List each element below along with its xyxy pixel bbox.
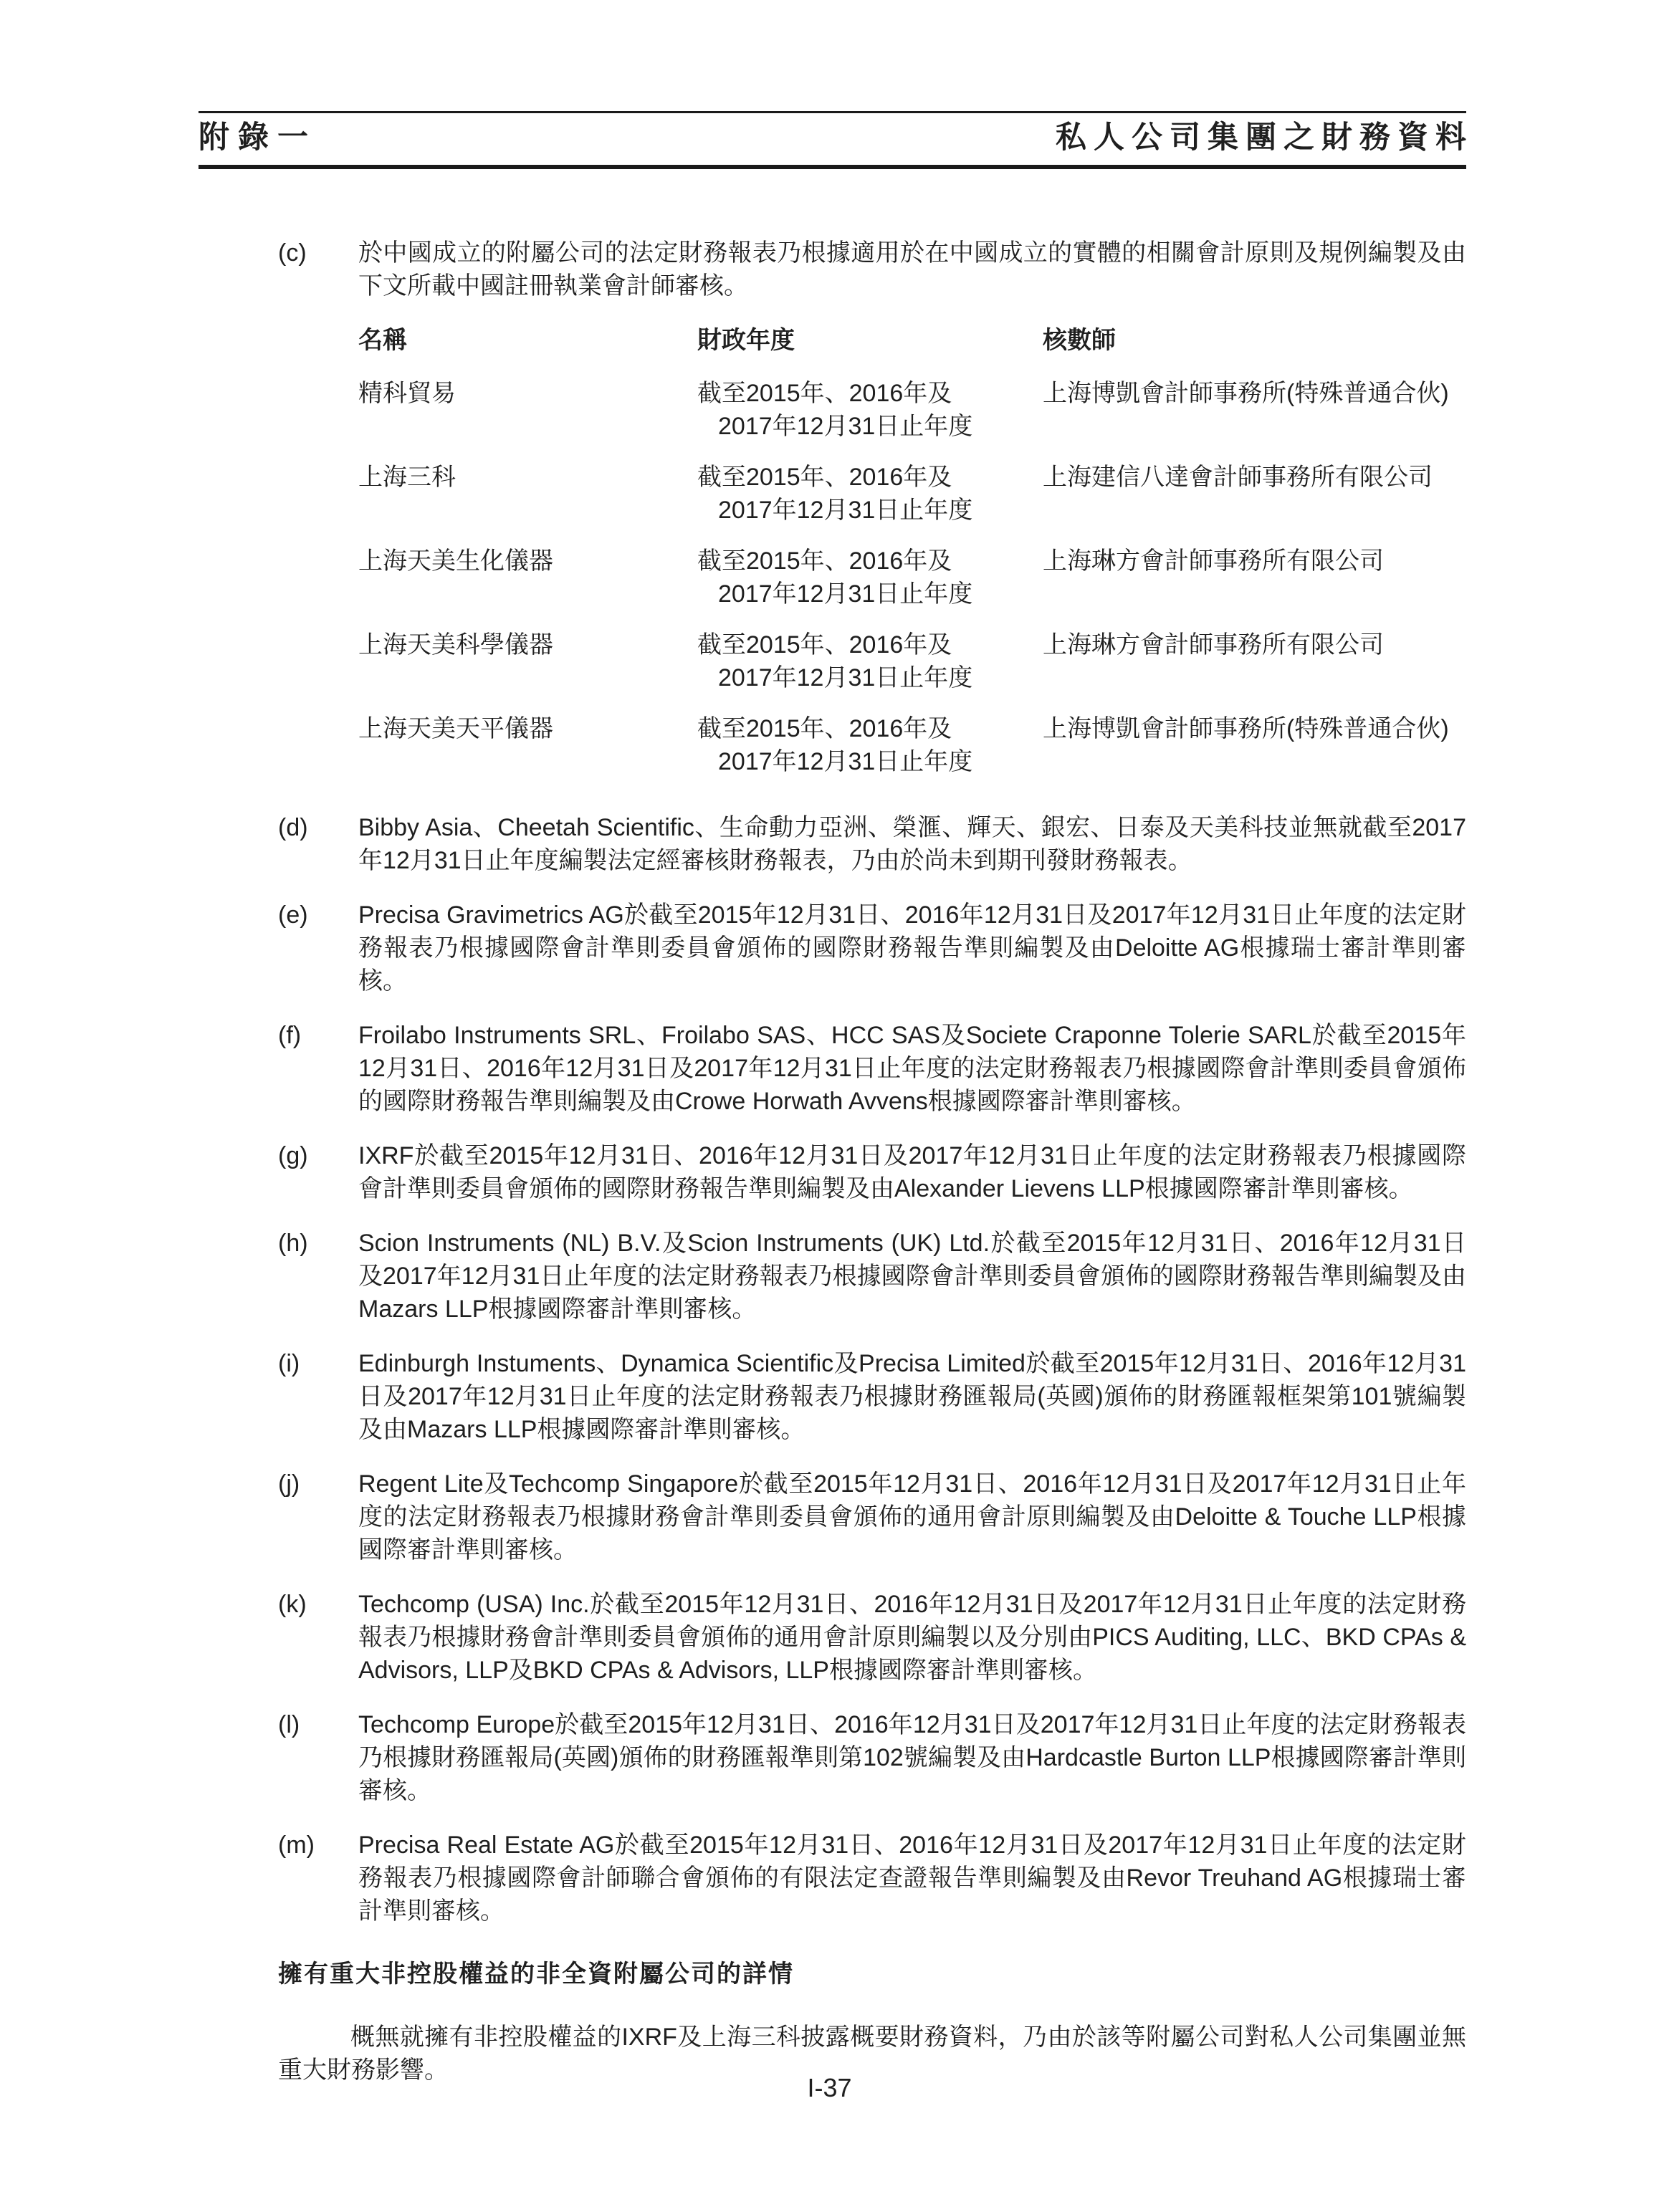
item-marker: (d): [278, 811, 358, 877]
item-text: Precisa Real Estate AG於截至2015年12月31日、201…: [358, 1829, 1466, 1928]
fiscal-year-line1: 截至2015年、2016年及: [697, 628, 1043, 661]
company-name-cell: 上海天美天平儀器: [358, 712, 697, 778]
fiscal-year-line1: 截至2015年、2016年及: [697, 461, 1043, 494]
item-marker: (h): [278, 1227, 358, 1326]
item-marker: (c): [278, 236, 358, 302]
appendix-title: 附錄一: [199, 119, 317, 156]
header-bottom-rule: [199, 165, 1466, 169]
notes-list: (d) Bibby Asia、Cheetah Scientific、生命動力亞洲…: [278, 811, 1466, 1928]
list-item: (k) Techcomp (USA) Inc.於截至2015年12月31日、20…: [278, 1588, 1466, 1687]
column-header-auditor: 核數師: [1043, 324, 1466, 357]
item-text: Precisa Gravimetrics AG於截至2015年12月31日、20…: [358, 899, 1466, 997]
item-text: Froilabo Instruments SRL、Froilabo SAS、HC…: [358, 1019, 1466, 1118]
fiscal-year-cell: 截至2015年、2016年及 2017年12月31日止年度: [697, 377, 1043, 443]
page-number: I-37: [0, 2073, 1659, 2103]
item-text: Techcomp Europe於截至2015年12月31日、2016年12月31…: [358, 1708, 1466, 1807]
auditor-cell: 上海琳方會計師事務所有限公司: [1043, 545, 1466, 611]
list-item-c: (c) 於中國成立的附屬公司的法定財務報表乃根據適用於在中國成立的實體的相關會計…: [278, 236, 1466, 302]
list-item: (j) Regent Lite及Techcomp Singapore於截至201…: [278, 1468, 1466, 1566]
fiscal-year-line2: 2017年12月31日止年度: [697, 410, 1043, 443]
fiscal-year-line2: 2017年12月31日止年度: [697, 661, 1043, 694]
table-row: 上海天美生化儀器 截至2015年、2016年及 2017年12月31日止年度 上…: [358, 545, 1466, 611]
list-item: (h) Scion Instruments (NL) B.V.及Scion In…: [278, 1227, 1466, 1326]
fiscal-year-line2: 2017年12月31日止年度: [697, 578, 1043, 611]
item-marker: (e): [278, 899, 358, 997]
header-top-rule: [199, 111, 1466, 113]
list-item: (g) IXRF於截至2015年12月31日、2016年12月31日及2017年…: [278, 1139, 1466, 1205]
item-text: Bibby Asia、Cheetah Scientific、生命動力亞洲、榮滙、…: [358, 811, 1466, 877]
item-text: 於中國成立的附屬公司的法定財務報表乃根據適用於在中國成立的實體的相關會計原則及規…: [358, 236, 1466, 302]
auditor-cell: 上海建信八達會計師事務所有限公司: [1043, 461, 1466, 527]
table-row: 上海天美科學儀器 截至2015年、2016年及 2017年12月31日止年度 上…: [358, 628, 1466, 694]
item-marker: (l): [278, 1708, 358, 1807]
table-row: 上海三科 截至2015年、2016年及 2017年12月31日止年度 上海建信八…: [358, 461, 1466, 527]
company-name-cell: 精科貿易: [358, 377, 697, 443]
fiscal-year-line2: 2017年12月31日止年度: [697, 494, 1043, 527]
table-row: 上海天美天平儀器 截至2015年、2016年及 2017年12月31日止年度 上…: [358, 712, 1466, 778]
fiscal-year-line1: 截至2015年、2016年及: [697, 545, 1043, 578]
document-title: 私人公司集團之財務資料: [1056, 119, 1473, 156]
fiscal-year-cell: 截至2015年、2016年及 2017年12月31日止年度: [697, 461, 1043, 527]
auditor-table: 名稱 財政年度 核數師 精科貿易 截至2015年、2016年及 2017年12月…: [358, 324, 1466, 778]
company-name-cell: 上海天美科學儀器: [358, 628, 697, 694]
company-name-cell: 上海天美生化儀器: [358, 545, 697, 611]
list-item: (f) Froilabo Instruments SRL、Froilabo SA…: [278, 1019, 1466, 1118]
item-text: Techcomp (USA) Inc.於截至2015年12月31日、2016年1…: [358, 1588, 1466, 1687]
item-marker: (g): [278, 1139, 358, 1205]
list-item: (e) Precisa Gravimetrics AG於截至2015年12月31…: [278, 899, 1466, 997]
item-text: Edinburgh Instuments、Dynamica Scientific…: [358, 1347, 1466, 1446]
column-header-name: 名稱: [358, 324, 697, 357]
fiscal-year-cell: 截至2015年、2016年及 2017年12月31日止年度: [697, 545, 1043, 611]
list-item: (i) Edinburgh Instuments、Dynamica Scient…: [278, 1347, 1466, 1446]
fiscal-year-cell: 截至2015年、2016年及 2017年12月31日止年度: [697, 628, 1043, 694]
item-marker: (i): [278, 1347, 358, 1446]
fiscal-year-cell: 截至2015年、2016年及 2017年12月31日止年度: [697, 712, 1043, 778]
item-marker: (j): [278, 1468, 358, 1566]
page-header: 附錄一 私人公司集團之財務資料: [199, 119, 1466, 156]
body-content: (c) 於中國成立的附屬公司的法定財務報表乃根據適用於在中國成立的實體的相關會計…: [278, 236, 1466, 2087]
document-page: 附錄一 私人公司集團之財務資料 (c) 於中國成立的附屬公司的法定財務報表乃根據…: [0, 0, 1659, 2212]
company-name-cell: 上海三科: [358, 461, 697, 527]
table-row: 精科貿易 截至2015年、2016年及 2017年12月31日止年度 上海博凱會…: [358, 377, 1466, 443]
fiscal-year-line1: 截至2015年、2016年及: [697, 377, 1043, 410]
list-item: (l) Techcomp Europe於截至2015年12月31日、2016年1…: [278, 1708, 1466, 1807]
list-item: (m) Precisa Real Estate AG於截至2015年12月31日…: [278, 1829, 1466, 1928]
fiscal-year-line1: 截至2015年、2016年及: [697, 712, 1043, 745]
auditor-cell: 上海琳方會計師事務所有限公司: [1043, 628, 1466, 694]
section-heading: 擁有重大非控股權益的非全資附屬公司的詳情: [278, 1958, 1466, 1991]
item-text: IXRF於截至2015年12月31日、2016年12月31日及2017年12月3…: [358, 1139, 1466, 1205]
list-item: (d) Bibby Asia、Cheetah Scientific、生命動力亞洲…: [278, 811, 1466, 877]
table-body: 精科貿易 截至2015年、2016年及 2017年12月31日止年度 上海博凱會…: [358, 377, 1466, 778]
item-marker: (m): [278, 1829, 358, 1928]
table-header-row: 名稱 財政年度 核數師: [358, 324, 1466, 357]
fiscal-year-line2: 2017年12月31日止年度: [697, 745, 1043, 778]
item-text: Regent Lite及Techcomp Singapore於截至2015年12…: [358, 1468, 1466, 1566]
column-header-fiscal-year: 財政年度: [697, 324, 1043, 357]
auditor-cell: 上海博凱會計師事務所(特殊普通合伙): [1043, 377, 1466, 443]
item-text: Scion Instruments (NL) B.V.及Scion Instru…: [358, 1227, 1466, 1326]
auditor-cell: 上海博凱會計師事務所(特殊普通合伙): [1043, 712, 1466, 778]
item-marker: (k): [278, 1588, 358, 1687]
item-marker: (f): [278, 1019, 358, 1118]
